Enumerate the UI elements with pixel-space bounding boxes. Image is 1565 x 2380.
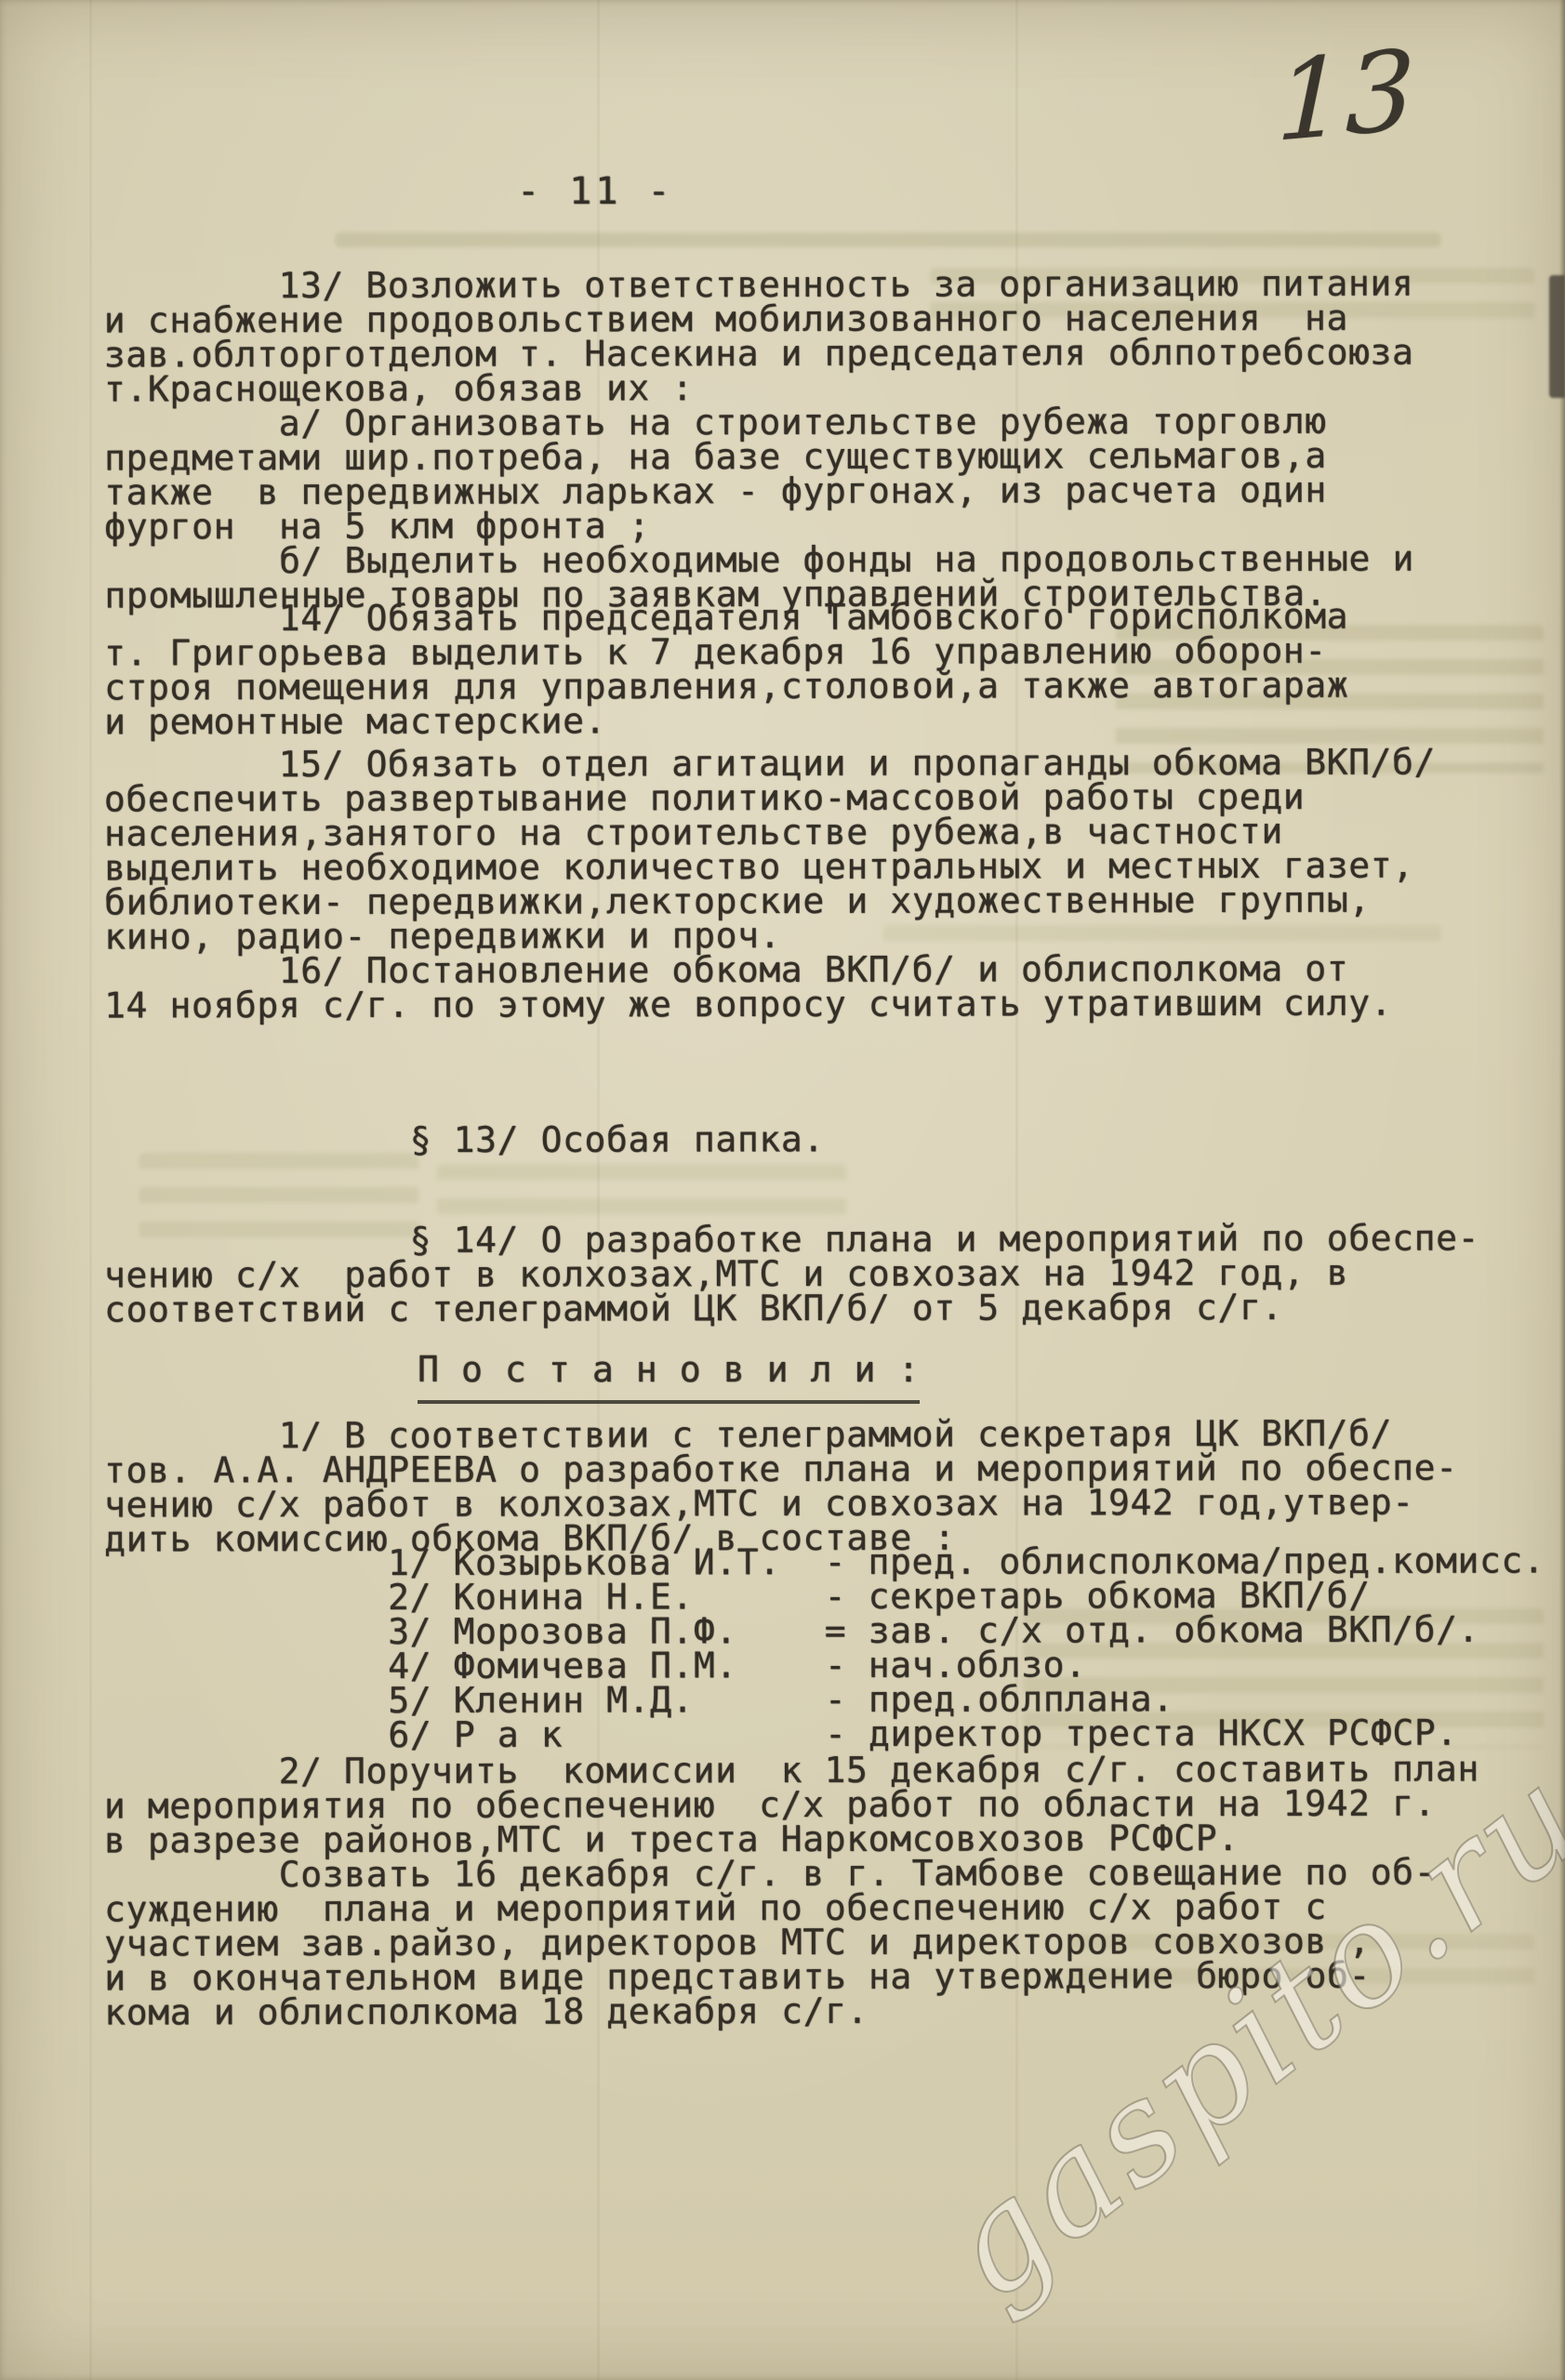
page-edge-mark <box>1549 275 1565 398</box>
paragraph-16: 16/ Постановление обкома ВКП/б/ и облисп… <box>104 952 1392 1024</box>
bleedthrough-ghost <box>335 232 1441 247</box>
section-13-heading: § 13/ Особая папка. <box>104 1122 825 1158</box>
handwritten-folio-number: 13 <box>1275 34 1416 157</box>
page-number: - 11 - <box>517 173 674 210</box>
bleedthrough-ghost <box>437 1164 846 1220</box>
resolution-heading-text: П о с т а н о в и л и : <box>418 1349 920 1404</box>
paragraph-13: 13/ Возложить ответственность за организ… <box>104 267 1414 614</box>
document-page: - 11 - 13 13/ Возложить ответственность … <box>0 0 1565 2380</box>
section-14-heading: § 14/ О разработке плана и мероприятий п… <box>104 1221 1479 1327</box>
resolution-heading: П о с т а н о в и л и : <box>418 1353 920 1387</box>
resolution-point-1: 1/ В соответствии с телеграммой секретар… <box>104 1416 1458 1556</box>
commission-list: 1/ Козырькова И.Т. - пред. облисполкома/… <box>104 1543 1545 1752</box>
page-edge-shadow <box>1559 0 1565 2380</box>
paragraph-14: 14/ Обязать председателя Тамбовского гор… <box>104 600 1349 740</box>
resolution-point-2: 2/ Поручить комиссии к 15 декабря с/г. с… <box>104 1752 1480 2030</box>
paragraph-15: 15/ Обязать отдел агитации и пропаганды … <box>104 746 1437 955</box>
paper-crease <box>89 0 92 2380</box>
